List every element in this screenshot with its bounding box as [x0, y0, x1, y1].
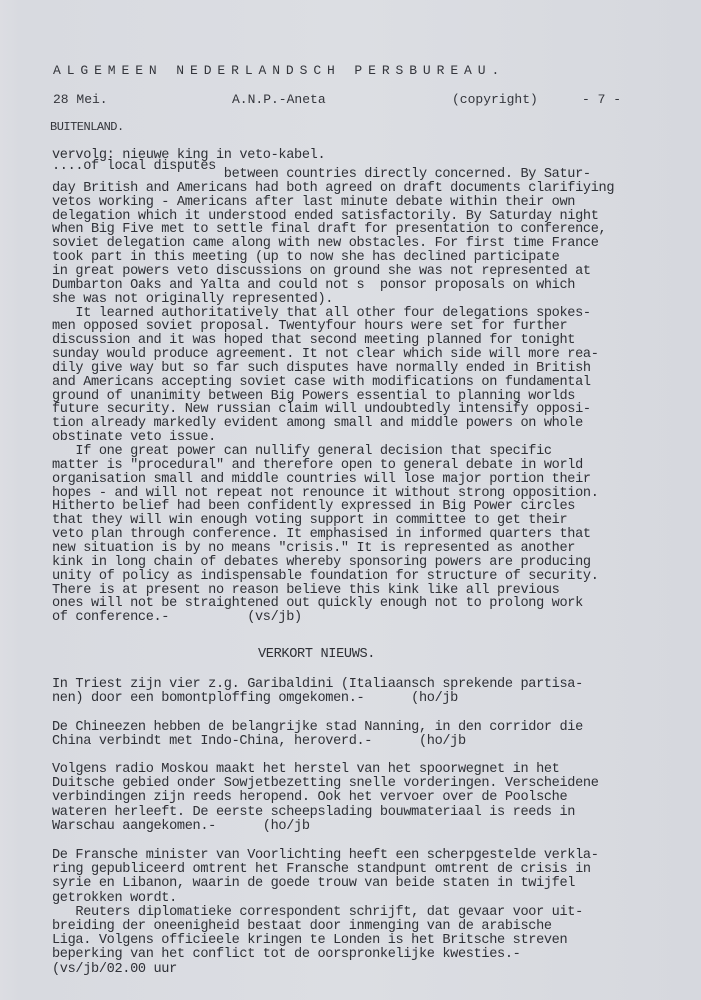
- article-line: of conference.- (vs/jb): [52, 611, 302, 624]
- article-line: men opposed soviet proposal. Twentyfour …: [52, 320, 567, 333]
- news-line: In Triest zijn vier z.g. Garibaldini (It…: [52, 678, 583, 691]
- article-line: organisation small and middle countries …: [52, 473, 591, 486]
- article-line: There is at present no reason believe th…: [52, 584, 560, 597]
- source: A.N.P.-Aneta: [232, 92, 326, 107]
- article-line: and Americans accepting soviet case with…: [52, 376, 591, 389]
- article-line: dily give way but so far such disputes h…: [52, 362, 591, 375]
- news-line: syrie en Libanon, waarin de goede trouw …: [52, 877, 575, 890]
- article-line: veto plan through conference. It emphasi…: [52, 528, 591, 541]
- article-line: day British and Americans had both agree…: [52, 182, 614, 195]
- article-line: when Big Five met to settle final draft …: [52, 223, 606, 236]
- news-line: ring gepubliceerd omtrent het Fransche s…: [52, 863, 591, 876]
- page-number: - 7 -: [582, 92, 621, 107]
- article-line: sunday would produce agreement. It not c…: [52, 348, 599, 361]
- agency-title: ALGEMEEN NEDERLANDSCH PERSBUREAU.: [53, 63, 505, 78]
- article-line: soviet delegation came along with new ob…: [52, 237, 599, 250]
- news-line: getrokken wordt.: [52, 892, 177, 905]
- section-heading: BUITENLAND.: [50, 120, 124, 134]
- article-line: hopes - and will not repeat not renounce…: [52, 487, 599, 500]
- news-line: De Fransche minister van Voorlichting he…: [52, 849, 599, 862]
- news-line: Liga. Volgens officieele kringen te Lond…: [52, 934, 567, 947]
- article-line: kink in long chain of debates whereby sp…: [52, 556, 591, 569]
- news-line: De Chineezen hebben de belangrijke stad …: [52, 721, 583, 734]
- article-line: that they will win enough voting support…: [52, 514, 567, 527]
- news-line: verbindingen zijn reeds heropend. Ook he…: [52, 791, 567, 804]
- article-line: Dumbarton Oaks and Yalta and could not s…: [52, 279, 575, 292]
- news-line: breiding der oneenigheid bestaat door in…: [52, 920, 552, 933]
- article-line: It learned authoritatively that all othe…: [52, 307, 591, 320]
- article-line: new situation is by no means "crisis." I…: [52, 542, 575, 555]
- news-line: China verbindt met Indo-China, heroverd.…: [52, 735, 466, 748]
- article-line: vetos working - Americans after last min…: [52, 196, 575, 209]
- news-line: Warschau aangekomen.- (ho/jb: [52, 820, 310, 833]
- article-line: tion already markedly evident among smal…: [52, 417, 583, 430]
- article-line: took part in this meeting (up to now she…: [52, 251, 560, 264]
- article-line: future security. New russian claim will …: [52, 403, 591, 416]
- news-line: Reuters diplomatieke correspondent schri…: [52, 906, 583, 919]
- copyright: (copyright): [452, 92, 538, 107]
- date: 28 Mei.: [53, 92, 108, 107]
- article-line: ground of unanimity between Big Powers e…: [52, 390, 575, 403]
- article-line: she was not originally represented).: [52, 293, 333, 306]
- article-line: ones will not be straightened out quickl…: [52, 597, 583, 610]
- article-line: matter is "procedural" and therefore ope…: [52, 459, 583, 472]
- news-line: Volgens radio Moskou maakt het herstel v…: [52, 763, 560, 776]
- article-line: If one great power can nullify general d…: [52, 445, 552, 458]
- article-line: obstinate veto issue.: [52, 431, 216, 444]
- news-line: nen) door een bomontploffing omgekomen.-…: [52, 692, 458, 705]
- article-line: discussion and it was hoped that second …: [52, 334, 575, 347]
- article-line: between countries directly concerned. By…: [52, 168, 591, 181]
- article-line: Hitherto belief had been confidently exp…: [52, 500, 575, 513]
- article-line: delegation which it understood ended sat…: [52, 210, 599, 223]
- article-line: in great powers veto discussions on grou…: [52, 265, 591, 278]
- short-news-heading: VERKORT NIEUWS.: [258, 648, 375, 661]
- news-line: (vs/jb/02.00 uur: [52, 963, 177, 976]
- news-line: Duitsche gebied onder Sowjetbezetting sn…: [52, 777, 599, 790]
- news-line: wateren herleeft. De eerste scheepsladin…: [52, 806, 575, 819]
- news-line: beperking van het conflict tot de oorspr…: [52, 948, 520, 961]
- article-line: unity of policy as indispensable foundat…: [52, 570, 599, 583]
- typewritten-page: ALGEMEEN NEDERLANDSCH PERSBUREAU. 28 Mei…: [0, 0, 701, 1000]
